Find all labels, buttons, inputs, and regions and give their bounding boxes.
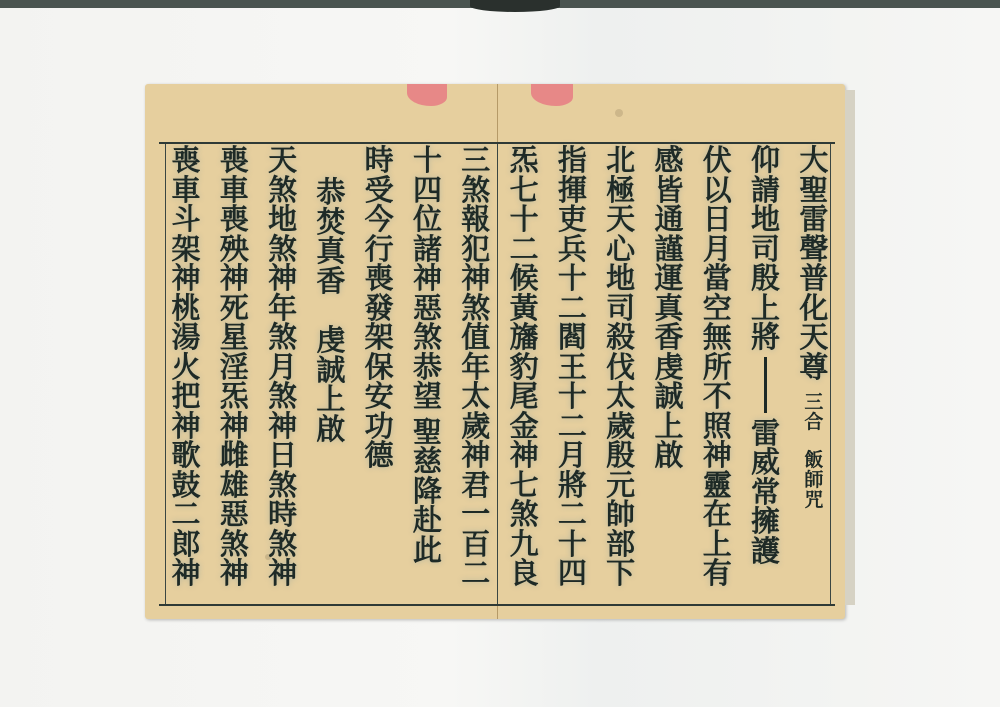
scanned-page: 大聖雷聲普化天尊 三合 飯師咒 仰請地司殷上將 雷威常擁護 伏以日月當空無所不照… bbox=[0, 0, 1000, 707]
column-text-part: 恭焚真香 bbox=[315, 178, 347, 296]
column-text-part: 十四位諸神惡煞恭望 bbox=[411, 146, 443, 412]
column-text-body: 炁七十二候黃旛豹尾金神七煞九良 bbox=[508, 146, 540, 589]
scanner-edge-strip bbox=[0, 0, 1000, 8]
seal-mark-left bbox=[407, 84, 447, 106]
column-text-body: 伏以日月當空無所不照神靈在上有 bbox=[701, 146, 733, 589]
column-text: 時受今行喪發架保安功德 bbox=[358, 144, 400, 601]
text-columns: 大聖雷聲普化天尊 三合 飯師咒 仰請地司殷上將 雷威常擁護 伏以日月當空無所不照… bbox=[165, 144, 835, 599]
column-text-part: 雷威常擁護 bbox=[750, 419, 782, 567]
column-text-part: 仰請地司殷上將 bbox=[750, 146, 782, 353]
column-text: 恭焚真香 虔誠上啟 bbox=[310, 144, 352, 633]
vertical-mark bbox=[764, 357, 767, 413]
column-text: 天煞地煞神年煞月煞神日煞時煞神 bbox=[262, 144, 304, 601]
column-text-body: 感皆通謹運真香虔誠上啟 bbox=[653, 146, 685, 471]
column-text-body: 時受今行喪發架保安功德 bbox=[363, 146, 395, 471]
column-title: 大聖雷聲普化天尊 三合 飯師咒 bbox=[793, 144, 835, 601]
column-text-body: 指揮吏兵十二閻王十二月將二十四 bbox=[556, 146, 588, 589]
page-edge bbox=[845, 90, 855, 605]
column-text-body: 天煞地煞神年煞月煞神日煞時煞神 bbox=[267, 146, 299, 589]
column-text: 喪車喪殃神死星淫炁神雌雄惡煞神 bbox=[213, 144, 255, 601]
title-text: 大聖雷聲普化天尊 bbox=[798, 146, 830, 382]
column-text: 感皆通謹運真香虔誠上啟 bbox=[648, 144, 690, 601]
column-text-body: 三煞報犯神煞值年太歲神君一百二 bbox=[460, 146, 492, 589]
column-text-body: 北極天心地司殺伐太歲殷元帥部下 bbox=[605, 146, 637, 589]
column-text: 仰請地司殷上將 雷威常擁護 bbox=[745, 144, 787, 601]
small-annotation: 飯師咒 bbox=[803, 450, 825, 510]
column-text: 指揮吏兵十二閻王十二月將二十四 bbox=[551, 144, 593, 601]
column-text-body: 喪車喪殃神死星淫炁神雌雄惡煞神 bbox=[218, 146, 250, 589]
column-text: 伏以日月當空無所不照神靈在上有 bbox=[696, 144, 738, 601]
column-text-part: 虔誠上啟 bbox=[315, 326, 347, 444]
paper-stain bbox=[615, 109, 623, 117]
column-text-body: 喪車斗架神桃湯火把神歌鼓二郎神 bbox=[170, 146, 202, 589]
column-text: 炁七十二候黃旛豹尾金神七煞九良 bbox=[503, 144, 545, 601]
scanner-edge-shadow bbox=[470, 0, 560, 12]
column-text: 喪車斗架神桃湯火把神歌鼓二郎神 bbox=[165, 144, 207, 601]
column-text: 十四位諸神惡煞恭望 聖慈降赴此 bbox=[406, 144, 448, 601]
small-annotation: 三合 bbox=[803, 392, 825, 432]
column-text: 北極天心地司殺伐太歲殷元帥部下 bbox=[600, 144, 642, 601]
seal-mark-right bbox=[531, 84, 573, 106]
column-text: 三煞報犯神煞值年太歲神君一百二 bbox=[455, 144, 497, 601]
column-text-part: 聖慈降赴此 bbox=[411, 418, 443, 566]
book-spread: 大聖雷聲普化天尊 三合 飯師咒 仰請地司殷上將 雷威常擁護 伏以日月當空無所不照… bbox=[145, 84, 845, 619]
